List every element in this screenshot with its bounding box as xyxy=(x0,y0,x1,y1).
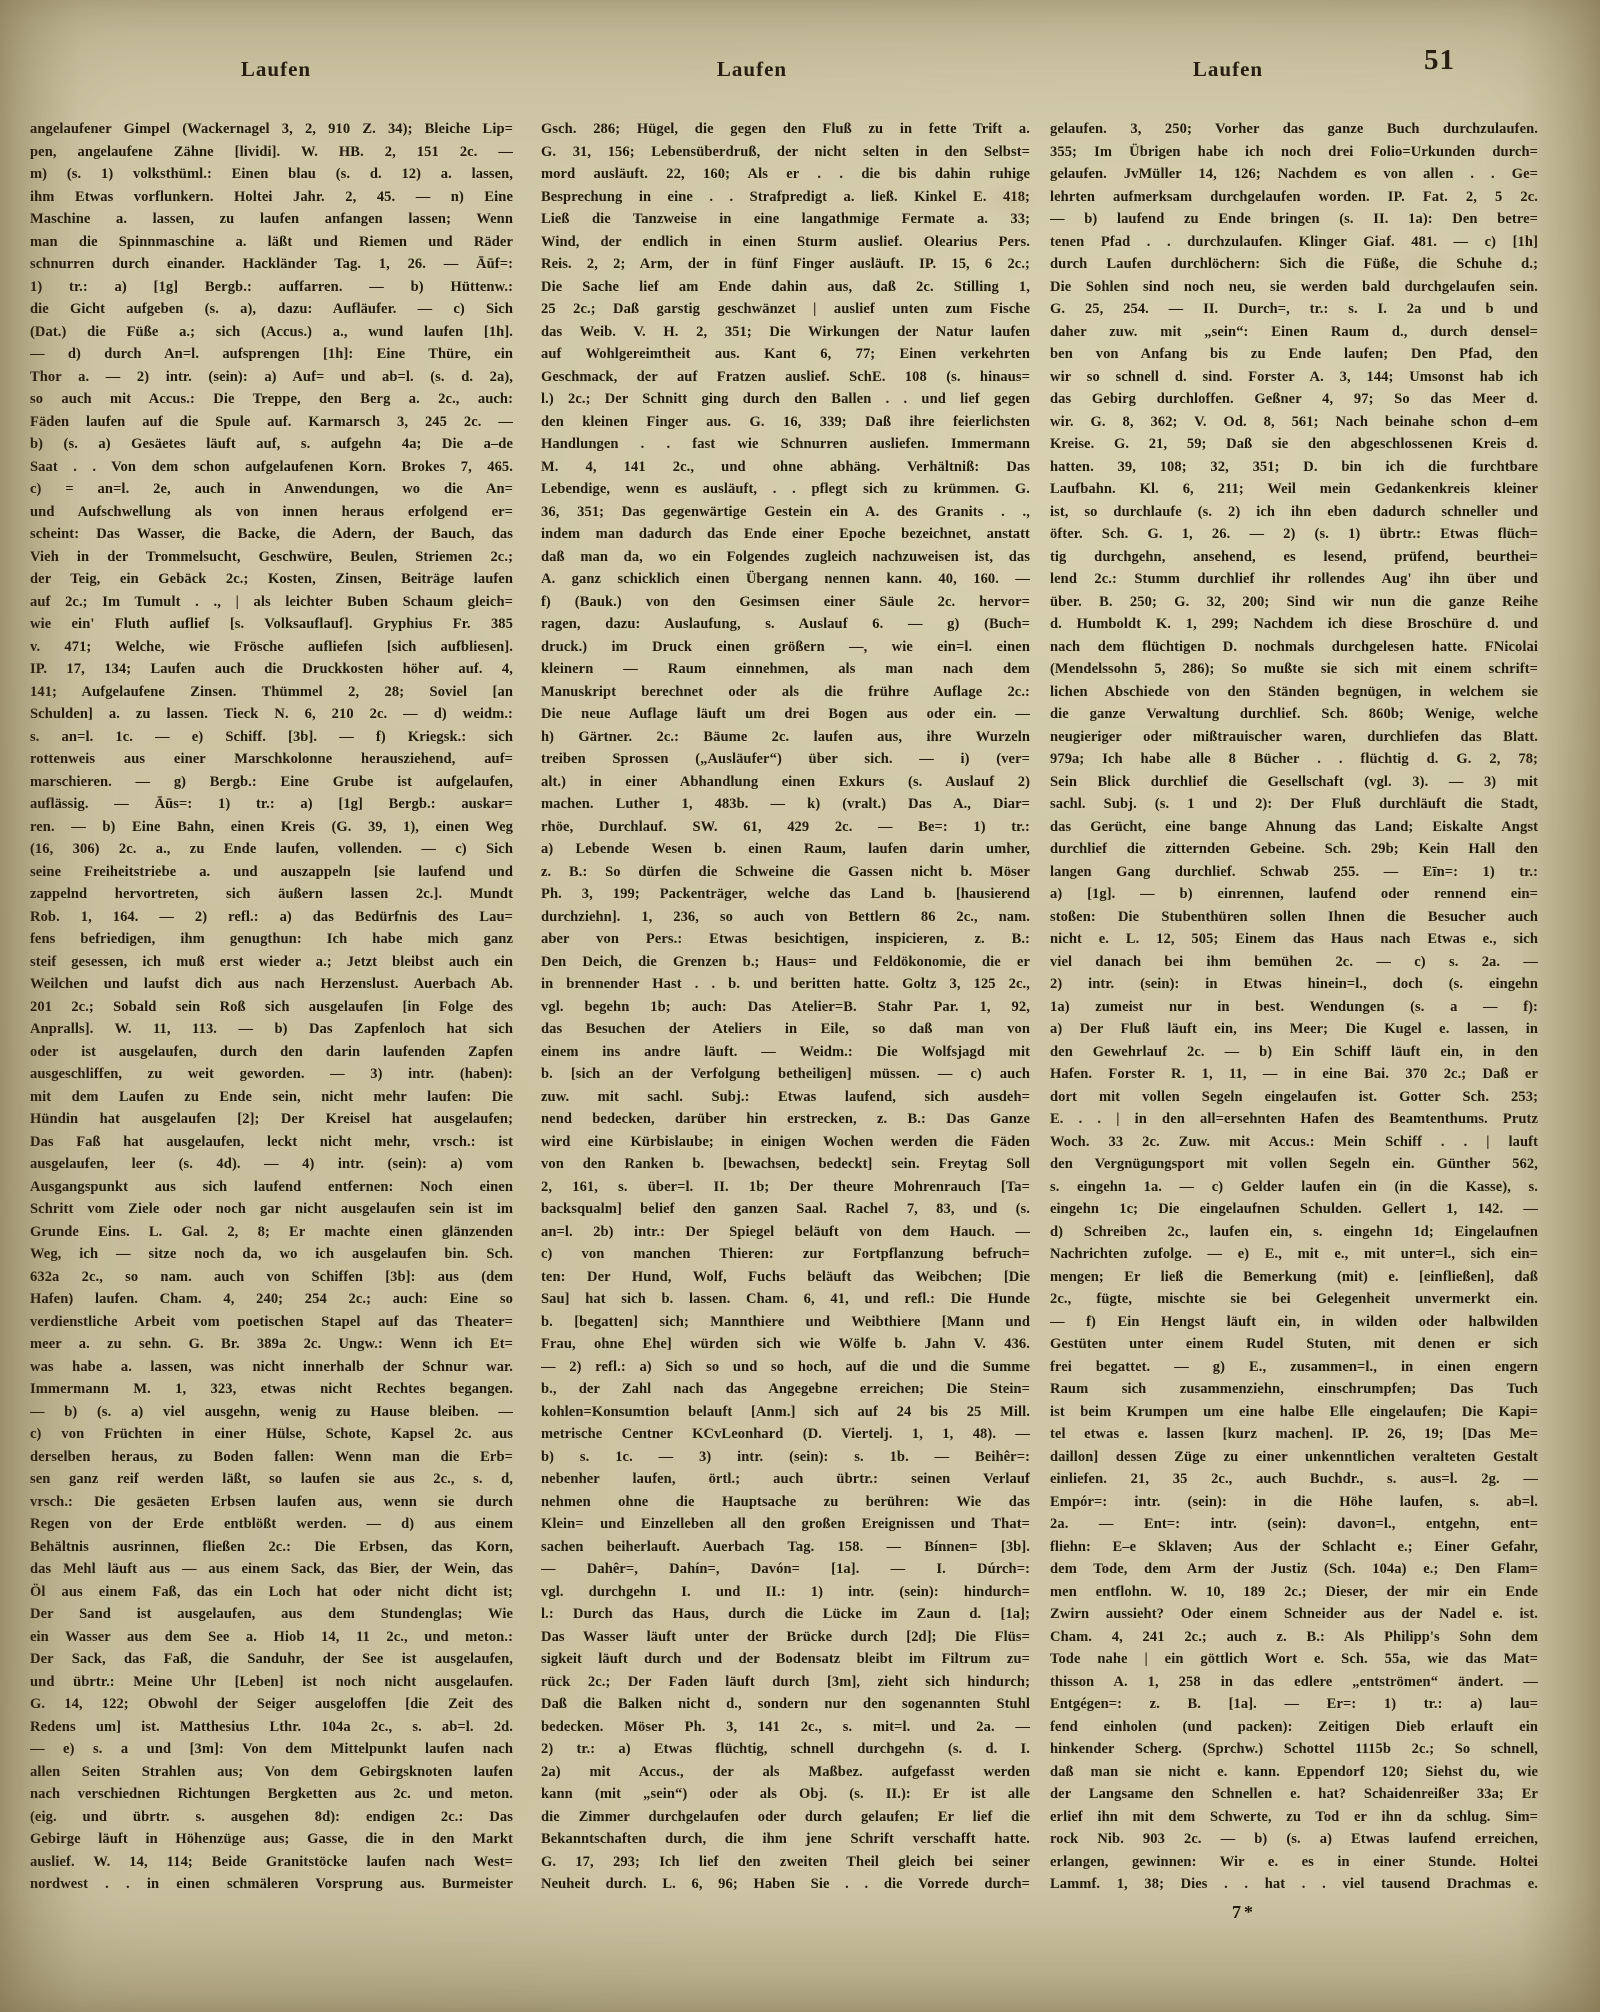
text-line: Kreise. G. 21, 59; Daß sie den abgeschlo… xyxy=(1050,433,1538,456)
text-line: Gebirge läuft in Höhenzüge aus; Gasse, d… xyxy=(30,1828,513,1851)
text-line: c) = an=l. 2e, auch in Anwendungen, wo d… xyxy=(30,478,513,501)
dictionary-page: Laufen Laufen Laufen 51 angelaufener Gim… xyxy=(0,0,1600,2012)
text-line: marschieren. — g) Bergb.: Eine Grube ist… xyxy=(30,771,513,794)
text-line: d) Schreiben 2c., laufen ein, s. eingehn… xyxy=(1050,1221,1538,1244)
text-line: s. an=l. 1c. — e) Schiff. [3b]. — f) Kri… xyxy=(30,726,513,749)
text-line: f) (Bauk.) von den Gesimsen einer Säule … xyxy=(541,591,1030,614)
text-line: neugieriger oder mißtrauischer waren, du… xyxy=(1050,726,1538,749)
text-line: 25 2c.; Daß garstig geschwänzet | auslie… xyxy=(541,298,1030,321)
text-line: auslief. W. 14, 114; Beide Granitstöcke … xyxy=(30,1851,513,1874)
text-line: G. 25, 254. — II. Durch=, tr.: s. I. 2a … xyxy=(1050,298,1538,321)
text-line: und Aufschwellung als von innen heraus e… xyxy=(30,501,513,524)
signature-mark: 7* xyxy=(1232,1902,1256,1923)
text-line: Schritt vom Ziele oder noch gar nicht au… xyxy=(30,1198,513,1221)
text-line: rück 2c.; Der Faden läuft durch [3m], zi… xyxy=(541,1671,1030,1694)
text-line: aber von Pers.: Etwas besichtigen, inspi… xyxy=(541,928,1030,951)
text-line: kann (mit „sein“) oder als Obj. (s. II.)… xyxy=(541,1783,1030,1806)
text-line: wir so schnell d. sind. Forster A. 3, 14… xyxy=(1050,366,1538,389)
text-line: Thor a. — 2) intr. (sein): a) Auf= und a… xyxy=(30,366,513,389)
text-line: langen Gang durchlief. Schwab 255. — Eīn… xyxy=(1050,861,1538,884)
text-line: (16, 306) 2c. a., zu Ende laufen, vollen… xyxy=(30,838,513,861)
text-line: z. B.: So dürfen die Schweine die Gassen… xyxy=(541,861,1030,884)
text-line: — f) Ein Hengst läuft ein, in wilden ode… xyxy=(1050,1311,1538,1334)
text-line: 2, 161, s. über=l. II. 1b; Der theure Mo… xyxy=(541,1176,1030,1199)
text-line: das Gerücht, eine bange Ahnung das Land;… xyxy=(1050,816,1538,839)
text-line: Woch. 33 2c. Zuw. mit Accus.: Mein Schif… xyxy=(1050,1131,1538,1154)
text-line: 2c., fügte, mischte sie bei Gelegenheit … xyxy=(1050,1288,1538,1311)
text-line: auf Wohlgereimtheit aus. Kant 6, 77; Ein… xyxy=(541,343,1030,366)
text-line: sachen beiherlauft. Auerbach Tag. 158. —… xyxy=(541,1536,1030,1559)
text-line: wir. G. 8, 362; V. Od. 8, 561; Nach bein… xyxy=(1050,411,1538,434)
text-line: v. 471; Welche, wie Frösche aufliefen [s… xyxy=(30,636,513,659)
text-line: das Gebirg durchloffen. Geßner 4, 97; So… xyxy=(1050,388,1538,411)
text-line: scheint: Das Wasser, die Backe, die Ader… xyxy=(30,523,513,546)
text-line: Nachrichten zufolge. — e) E., mit e., mi… xyxy=(1050,1243,1538,1266)
text-line: von den Ranken b. [bewachsen, bedeckt] s… xyxy=(541,1153,1030,1176)
text-line: frei begattet. — g) E., zusammen=l., in … xyxy=(1050,1356,1538,1379)
text-line: seine Freiheitstriebe a. und auszappeln … xyxy=(30,861,513,884)
text-line: oder ist ausgelaufen, durch den darin la… xyxy=(30,1041,513,1064)
text-line: die ganze Verwaltung durchlief. Sch. 860… xyxy=(1050,703,1538,726)
text-line: s. eingehn 1a. — c) Gelder laufen ein (i… xyxy=(1050,1176,1538,1199)
text-line: stoßen: Die Stubenthüren sollen Ihnen di… xyxy=(1050,906,1538,929)
text-line: Lebendige, wenn es ausläuft, . . pflegt … xyxy=(541,478,1030,501)
text-line: Wind, der endlich in einen Sturm auslief… xyxy=(541,231,1030,254)
text-line: A. ganz schicklich einen Übergang nennen… xyxy=(541,568,1030,591)
text-line: das Mehl läuft aus — aus einem Sack, das… xyxy=(30,1558,513,1581)
text-line: druck.) im Druck einen größern —, wie ei… xyxy=(541,636,1030,659)
text-line: Raum sich zusammenziehn, einschrumpfen; … xyxy=(1050,1378,1538,1401)
text-line: Besprechung in eine . . Strafpredigt a. … xyxy=(541,186,1030,209)
text-line: Sau] hat sich b. lassen. Cham. 6, 41, un… xyxy=(541,1288,1030,1311)
text-line: erlief ihn mit dem Schwerte, zu Tod er i… xyxy=(1050,1806,1538,1829)
text-line: 1a) zumeist nur in best. Wendungen (s. a… xyxy=(1050,996,1538,1019)
text-line: zuw. mit sachl. Subj.: Etwas laufend, si… xyxy=(541,1086,1030,1109)
text-line: rottenweis aus einer Marschkolonne herau… xyxy=(30,748,513,771)
text-line: 201 2c.; Sobald sein Roß sich ausgelaufe… xyxy=(30,996,513,1019)
text-line: G. 31, 156; Lebensüberdruß, der nicht se… xyxy=(541,141,1030,164)
text-line: ist beim Krumpen um eine halbe Elle eing… xyxy=(1050,1401,1538,1424)
text-line: Hündin hat ausgelaufen [2]; Der Kreisel … xyxy=(30,1108,513,1131)
text-line: 979a; Ich habe alle 8 Bücher . . flüchti… xyxy=(1050,748,1538,771)
text-line: Ließ die Tanzweise in eine langathmige F… xyxy=(541,208,1030,231)
text-line: m) (s. 1) volksthüml.: Einen blau (s. d.… xyxy=(30,163,513,186)
text-line: a) Der Fluß läuft ein, ins Meer; Die Kug… xyxy=(1050,1018,1538,1041)
text-line: Maschine a. lassen, zu laufen anfangen l… xyxy=(30,208,513,231)
text-line: schnurren durch einander. Hackländer Tag… xyxy=(30,253,513,276)
text-line: Lammf. 1, 38; Dies . . hat . . viel taus… xyxy=(1050,1873,1538,1896)
text-line: M. 4, 141 2c., und ohne abhäng. Verhältn… xyxy=(541,456,1030,479)
text-line: den Vergnügungsport mit vollen Segeln ei… xyxy=(1050,1153,1538,1176)
text-line: Schulden] a. zu lassen. Tieck N. 6, 210 … xyxy=(30,703,513,726)
text-line: — Dahêr=, Dahín=, Davón= [1a]. — I. Dúrc… xyxy=(541,1558,1030,1581)
text-line: Fäden laufen auf die Spule auf. Karmarsc… xyxy=(30,411,513,434)
text-line: thisson A. 1, 258 in das edlere „entströ… xyxy=(1050,1671,1538,1694)
text-line: Tode nahe | ein göttlich Wort e. Sch. 55… xyxy=(1050,1648,1538,1671)
text-line: vgl. begehn 1b; auch: Das Atelier=B. Sta… xyxy=(541,996,1030,1019)
text-line: Saat . . Von dem schon aufgelaufenen Kor… xyxy=(30,456,513,479)
text-line: nach verschiednen Richtungen Bergketten … xyxy=(30,1783,513,1806)
text-line: daß man sie nicht e. kann. Eppendorf 120… xyxy=(1050,1761,1538,1784)
text-line: b. [sich an der Verfolgung betheiligen] … xyxy=(541,1063,1030,1086)
text-line: ein Wasser aus dem See a. Hiob 14, 11 2c… xyxy=(30,1626,513,1649)
text-line: Immermann M. 1, 323, etwas nicht Rechtes… xyxy=(30,1378,513,1401)
text-line: (Mendelssohn 5, 286); So mußte sie sich … xyxy=(1050,658,1538,681)
text-line: b., der Zahl nach das Angegebne erreiche… xyxy=(541,1378,1030,1401)
text-line: 2) tr.: a) Etwas flüchtig, schnell durch… xyxy=(541,1738,1030,1761)
text-line: Frau, ohne Ehe] würden sich wie Wölfe b.… xyxy=(541,1333,1030,1356)
text-line: rhöe, Durchlauf. SW. 61, 429 2c. — Be=: … xyxy=(541,816,1030,839)
text-line: Gestüten unter einem Rudel Stuten, mit d… xyxy=(1050,1333,1538,1356)
text-line: hinkender Scherg. (Sprchw.) Schottel 111… xyxy=(1050,1738,1538,1761)
text-line: Das Faß hat ausgelaufen, leckt nicht meh… xyxy=(30,1131,513,1154)
text-line: ihm Etwas vorflunkern. Holtei Jahr. 2, 4… xyxy=(30,186,513,209)
text-line: öfter. Sch. G. 1, 26. — 2) (s. 1) übrtr.… xyxy=(1050,523,1538,546)
text-line: c) von Früchten in einer Hülse, Schote, … xyxy=(30,1423,513,1446)
text-line: sigkeit läuft durch und der Bodensatz bl… xyxy=(541,1648,1030,1671)
text-line: Handlungen . . fast wie Schnurren auslie… xyxy=(541,433,1030,456)
text-line: viel danach bei ihm bemühen 2c. — c) s. … xyxy=(1050,951,1538,974)
text-line: Entgégen=: z. B. [1a]. — Er=: 1) tr.: a)… xyxy=(1050,1693,1538,1716)
text-line: l.) 2c.; Der Schnitt ging durch den Ball… xyxy=(541,388,1030,411)
text-line: a) Lebende Wesen b. einen Raum, laufen d… xyxy=(541,838,1030,861)
text-line: einem ins andre läuft. — Weidm.: Die Wol… xyxy=(541,1041,1030,1064)
text-line: durchziehn]. 1, 236, so auch von Bettler… xyxy=(541,906,1030,929)
text-line: hatten. 39, 108; 32, 351; D. bin ich die… xyxy=(1050,456,1538,479)
text-line: Weg, ich — sitze noch da, wo ich ausgela… xyxy=(30,1243,513,1266)
text-line: sen ganz reif werden läßt, so laufen sie… xyxy=(30,1468,513,1491)
text-line: men entflohn. W. 10, 189 2c.; Dieser, de… xyxy=(1050,1581,1538,1604)
text-line: Cham. 4, 241 2c.; auch z. B.: Als Philip… xyxy=(1050,1626,1538,1649)
text-line: treiben Sprossen („Ausläufer“) über sich… xyxy=(541,748,1030,771)
text-line: Die Sache lief am Ende dahin aus, daß 2c… xyxy=(541,276,1030,299)
text-line: Bekanntschaften durch, die ihm jene Schr… xyxy=(541,1828,1030,1851)
text-line: 632a 2c., so nam. auch von Schiffen [3b]… xyxy=(30,1266,513,1289)
text-line: Geschmack, der auf Fratzen auslief. SchE… xyxy=(541,366,1030,389)
text-line: verdienstliche Arbeit vom poetischen Sta… xyxy=(30,1311,513,1334)
text-line: derselben heraus, zu Boden fallen: Wenn … xyxy=(30,1446,513,1469)
text-line: Reis. 2, 2; Arm, der in fünf Finger ausl… xyxy=(541,253,1030,276)
text-line: der Langsame den Schnellen e. hat? Schai… xyxy=(1050,1783,1538,1806)
text-line: rock Nib. 903 2c. — b) (s. a) Etwas lauf… xyxy=(1050,1828,1538,1851)
text-line: Öl aus einem Faß, das ein Loch hat oder … xyxy=(30,1581,513,1604)
text-line: wie ein' Fluth auflief [s. Volksauflauf]… xyxy=(30,613,513,636)
text-line: Hafen) laufen. Cham. 4, 240; 254 2c.; au… xyxy=(30,1288,513,1311)
text-line: erlangen, gewinnen: Wir e. es in einer S… xyxy=(1050,1851,1538,1874)
text-line: Laufbahn. Kl. 6, 211; Weil mein Gedanken… xyxy=(1050,478,1538,501)
text-line: kohlen=Konsumtion belauft [Anm.] sich au… xyxy=(541,1401,1030,1424)
text-line: metrische Centner KCvLeonhard (D. Vierte… xyxy=(541,1423,1030,1446)
text-line: (Dat.) die Füße a.; sich (Accus.) a., wu… xyxy=(30,321,513,344)
text-line: Ausgangspunkt aus sich laufend entfernen… xyxy=(30,1176,513,1199)
text-line: auflässig. — Āūs=: 1) tr.: a) [1g] Bergb… xyxy=(30,793,513,816)
text-line: 2a. — Ent=: intr. (sein): davon=l., entg… xyxy=(1050,1513,1538,1536)
text-line: nend bedecken, darüber hin erstrecken, z… xyxy=(541,1108,1030,1131)
text-line: mengen; Er ließ die Bemerkung (mit) e. [… xyxy=(1050,1266,1538,1289)
text-line: ben von Anfang bis zu Ende laufen; Den P… xyxy=(1050,343,1538,366)
text-line: was habe a. lassen, was nicht innerhalb … xyxy=(30,1356,513,1379)
text-line: an=l. 2b) intr.: Der Spiegel beläuft von… xyxy=(541,1221,1030,1244)
text-line: Hafen. Forster R. 1, 11, — in eine Bai. … xyxy=(1050,1063,1538,1086)
text-line: vgl. durchgehn I. und II.: 1) intr. (sei… xyxy=(541,1581,1030,1604)
text-line: mit dem Laufen zu Ende sein, nicht mehr … xyxy=(30,1086,513,1109)
text-line: allen Seiten Strahlen aus; Von dem Gebir… xyxy=(30,1761,513,1784)
running-head-column-3: Laufen xyxy=(1193,57,1263,82)
text-column-3: gelaufen. 3, 250; Vorher das ganze Buch … xyxy=(1050,118,1538,1896)
text-line: daher zuw. mit „sein“: Einen Raum d., du… xyxy=(1050,321,1538,344)
text-line: auf 2c.; Im Tumult . ., | als leichter B… xyxy=(30,591,513,614)
text-line: Behältnis ausrinnen, fließen 2c.: Die Er… xyxy=(30,1536,513,1559)
text-column-2: Gsch. 286; Hügel, die gegen den Fluß zu … xyxy=(541,118,1030,1896)
text-line: 1) tr.: a) [1g] Bergb.: auffarren. — b) … xyxy=(30,276,513,299)
text-line: Der Sack, das Faß, die Sanduhr, der See … xyxy=(30,1648,513,1671)
page-number: 51 xyxy=(1424,44,1455,77)
text-line: steif gesessen, ich muß erst wieder a.; … xyxy=(30,951,513,974)
text-line: Das Wasser läuft unter der Brücke durch … xyxy=(541,1626,1030,1649)
text-line: fens befriedigen, ihm genugthun: Ich hab… xyxy=(30,928,513,951)
text-line: gelaufen. JvMüller 14, 126; Nachdem es v… xyxy=(1050,163,1538,186)
text-line: mord ausläuft. 22, 160; Als er . . die b… xyxy=(541,163,1030,186)
text-line: Sein Blick durchlief die Gesellschaft (v… xyxy=(1050,771,1538,794)
text-line: 355; Im Übrigen habe ich noch drei Folio… xyxy=(1050,141,1538,164)
text-line: ragen, dazu: Auslaufung, s. Auslauf 6. —… xyxy=(541,613,1030,636)
text-line: der Teig, ein Gebäck 2c.; Kosten, Zinsen… xyxy=(30,568,513,591)
text-line: den Gewehrlauf 2c. — b) Ein Schiff läuft… xyxy=(1050,1041,1538,1064)
text-line: das Besuchen der Ateliers in Eile, so da… xyxy=(541,1018,1030,1041)
text-line: man die Spinnmaschine a. läßt und Riemen… xyxy=(30,231,513,254)
text-line: Anpralls]. W. 11, 113. — b) Das Zapfenlo… xyxy=(30,1018,513,1041)
text-line: pen, angelaufene Zähne [lividi]. W. HB. … xyxy=(30,141,513,164)
text-line: Zwirn aussieht? Oder einem Schneider aus… xyxy=(1050,1603,1538,1626)
text-line: eingehn 1c; Die eingelaufnen Schulden. G… xyxy=(1050,1198,1538,1221)
text-line: Gsch. 286; Hügel, die gegen den Fluß zu … xyxy=(541,118,1030,141)
text-line: fliehn: E–e Sklaven; Aus der Schlacht e.… xyxy=(1050,1536,1538,1559)
text-line: die Zimmer durchgelaufen oder durch gela… xyxy=(541,1806,1030,1829)
text-line: durchlief die zitternden Gebeine. Sch. 2… xyxy=(1050,838,1538,861)
text-line: Ph. 3, 199; Packenträger, welche das Lan… xyxy=(541,883,1030,906)
text-line: zappelnd hervortreten, sich äußern lasse… xyxy=(30,883,513,906)
text-line: G. 14, 122; Obwohl der Seiger ausgeloffe… xyxy=(30,1693,513,1716)
text-line: sachl. Subj. (s. 1 und 2): Der Fluß durc… xyxy=(1050,793,1538,816)
text-line: wird eine Kürbislaube; in einigen Wochen… xyxy=(541,1131,1030,1154)
text-line: machen. Luther 1, 483b. — k) (vralt.) Da… xyxy=(541,793,1030,816)
text-line: tig durchgehn, ansehend, es lesend, prüf… xyxy=(1050,546,1538,569)
text-line: vrsch.: Die gesäeten Erbsen laufen aus, … xyxy=(30,1491,513,1514)
text-line: c) von manchen Thieren: zur Fortpflanzun… xyxy=(541,1243,1030,1266)
text-line: IP. 17, 134; Laufen auch die Druckkosten… xyxy=(30,658,513,681)
text-line: nebenher laufen, örtl.; auch übrtr.: sei… xyxy=(541,1468,1030,1491)
text-line: Die neue Auflage läuft um drei Bogen aus… xyxy=(541,703,1030,726)
text-line: Regen von der Erde entblößt werden. — d)… xyxy=(30,1513,513,1536)
text-line: h) Gärtner. 2c.: Bäume 2c. laufen aus, i… xyxy=(541,726,1030,749)
text-line: l.: Durch das Haus, durch die Lücke im Z… xyxy=(541,1603,1030,1626)
text-line: Klein= und Einzelleben all den großen Er… xyxy=(541,1513,1030,1536)
text-line: durch Laufen durchlöchern: Sich die Füße… xyxy=(1050,253,1538,276)
text-line: daillon] dessen Züge zu einer unkenntlic… xyxy=(1050,1446,1538,1469)
text-line: — b) laufend zu Ende bringen (s. II. 1a)… xyxy=(1050,208,1538,231)
text-line: lichen Abschiede von den Ständen begnüge… xyxy=(1050,681,1538,704)
text-line: 2a) mit Accus., der als Maßbez. aufgefas… xyxy=(541,1761,1030,1784)
text-line: b. [begatten] sich; Mannthiere und Weibt… xyxy=(541,1311,1030,1334)
text-line: angelaufener Gimpel (Wackernagel 3, 2, 9… xyxy=(30,118,513,141)
text-line: lend 2c.: Stumm durchlief ihr rollendes … xyxy=(1050,568,1538,591)
running-head-column-1: Laufen xyxy=(241,57,311,82)
text-line: nicht e. L. 12, 505; Einem das Haus nach… xyxy=(1050,928,1538,951)
text-line: einliefen. 21, 35 2c., auch Buchdr., s. … xyxy=(1050,1468,1538,1491)
text-line: kleinern — Raum einnehmen, als man nach … xyxy=(541,658,1030,681)
text-line: G. 17, 293; Ich lief den zweiten Theil g… xyxy=(541,1851,1030,1874)
text-line: das Weib. V. H. 2, 351; Die Wirkungen de… xyxy=(541,321,1030,344)
text-line: Der Sand ist ausgelaufen, aus dem Stunde… xyxy=(30,1603,513,1626)
text-line: ausgeschliffen, zu weit geworden. — 3) i… xyxy=(30,1063,513,1086)
text-line: Grunde Eins. L. Gal. 2, 8; Er machte ein… xyxy=(30,1221,513,1244)
text-line: Manuskript berechnet oder als die frühre… xyxy=(541,681,1030,704)
text-line: dem Tode, dem Arm der Justiz (Sch. 104a)… xyxy=(1050,1558,1538,1581)
text-line: ist, so durchlaufe (s. 2) ich ihn eben d… xyxy=(1050,501,1538,524)
running-head-column-2: Laufen xyxy=(717,57,787,82)
text-line: Empór=: intr. (sein): in die Höhe laufen… xyxy=(1050,1491,1538,1514)
text-line: b) (s. a) Gesäetes läuft auf, s. aufgehn… xyxy=(30,433,513,456)
text-line: nordwest . . in einen schmäleren Vorspru… xyxy=(30,1873,513,1896)
text-line: in brennender Hast . . b. und beritten h… xyxy=(541,973,1030,996)
text-line: fend einholen (und packen): Zeitigen Die… xyxy=(1050,1716,1538,1739)
text-line: — e) s. a und [3m]: Von dem Mittelpunkt … xyxy=(30,1738,513,1761)
text-line: Vieh in der Trommelsucht, Geschwüre, Beu… xyxy=(30,546,513,569)
text-line: b) s. 1c. — 3) intr. (sein): s. 1b. — Be… xyxy=(541,1446,1030,1469)
text-line: tel etwas e. lassen [kurz machen]. IP. 2… xyxy=(1050,1423,1538,1446)
text-column-1: angelaufener Gimpel (Wackernagel 3, 2, 9… xyxy=(30,118,513,1896)
text-line: d. Humboldt K. 1, 299; Nachdem ich diese… xyxy=(1050,613,1538,636)
text-line: Rob. 1, 164. — 2) refl.: a) das Bedürfni… xyxy=(30,906,513,929)
text-line: E. . . | in den all=ersehnten Hafen des … xyxy=(1050,1108,1538,1131)
text-line: nach dem flüchtigen D. nochmals durchgel… xyxy=(1050,636,1538,659)
text-line: und übrtr.: Meine Uhr [Leben] ist noch n… xyxy=(30,1671,513,1694)
text-line: — 2) refl.: a) Sich so und so hoch, auf … xyxy=(541,1356,1030,1379)
text-line: 2) intr. (sein): in Etwas hinein=l., doc… xyxy=(1050,973,1538,996)
text-line: alt.) in einer Abhandlung einen Exkurs (… xyxy=(541,771,1030,794)
text-line: backsqualm] belief den ganzen Saal. Rach… xyxy=(541,1198,1030,1221)
text-line: 141; Aufgelaufene Zinsen. Thümmel 2, 28;… xyxy=(30,681,513,704)
text-line: so auch mit Accus.: Die Treppe, den Berg… xyxy=(30,388,513,411)
text-line: den kleinen Finger aus. G. 16, 339; Daß … xyxy=(541,411,1030,434)
text-line: die Gicht aufgeben (s. a), dazu: Aufläuf… xyxy=(30,298,513,321)
text-line: lehrten aufmerksam durchgelaufen worden.… xyxy=(1050,186,1538,209)
text-line: Den Deich, die Grenzen b.; Haus= und Fel… xyxy=(541,951,1030,974)
text-line: tenen Pfad . . durchzulaufen. Klinger Gi… xyxy=(1050,231,1538,254)
text-line: a) [1g]. — b) einrennen, laufend oder re… xyxy=(1050,883,1538,906)
text-line: nehmen ohne die Hauptsache zu berühren: … xyxy=(541,1491,1030,1514)
text-line: dort mit vollen Segeln eingelaufen ist. … xyxy=(1050,1086,1538,1109)
text-line: über. B. 250; G. 32, 200; Sind wir nun d… xyxy=(1050,591,1538,614)
text-line: Weilchen und laufst dich aus nach Herzen… xyxy=(30,973,513,996)
text-line: 36, 351; Das gegenwärtige Gestein ein A.… xyxy=(541,501,1030,524)
text-line: meer a. zu sehn. G. Br. 389a 2c. Ungw.: … xyxy=(30,1333,513,1356)
text-line: Daß die Balken nicht d., sondern nur den… xyxy=(541,1693,1030,1716)
text-line: Neuheit durch. L. 6, 96; Haben Sie . . d… xyxy=(541,1873,1030,1896)
text-line: (eig. und übrtr. s. ausgehen 8d): endige… xyxy=(30,1806,513,1829)
text-line: daß man da, wo ein Folgendes zugleich na… xyxy=(541,546,1030,569)
text-line: ausgelaufen, leer (s. 4d). — 4) intr. (s… xyxy=(30,1153,513,1176)
text-line: Die Sohlen sind noch neu, sie werden bal… xyxy=(1050,276,1538,299)
text-line: Redens um] ist. Matthesius Lthr. 104a 2c… xyxy=(30,1716,513,1739)
text-line: — d) durch An=l. aufsprengen [1h]: Eine … xyxy=(30,343,513,366)
text-line: gelaufen. 3, 250; Vorher das ganze Buch … xyxy=(1050,118,1538,141)
text-line: — b) (s. a) viel ausgehn, wenig zu Hause… xyxy=(30,1401,513,1424)
text-line: ten: Der Hund, Wolf, Fuchs beläuft das W… xyxy=(541,1266,1030,1289)
text-line: ren. — b) Eine Bahn, einen Kreis (G. 39,… xyxy=(30,816,513,839)
text-line: indem man dadurch das Ende einer Epoche … xyxy=(541,523,1030,546)
text-line: bedecken. Möser Ph. 3, 141 2c., s. mit=l… xyxy=(541,1716,1030,1739)
